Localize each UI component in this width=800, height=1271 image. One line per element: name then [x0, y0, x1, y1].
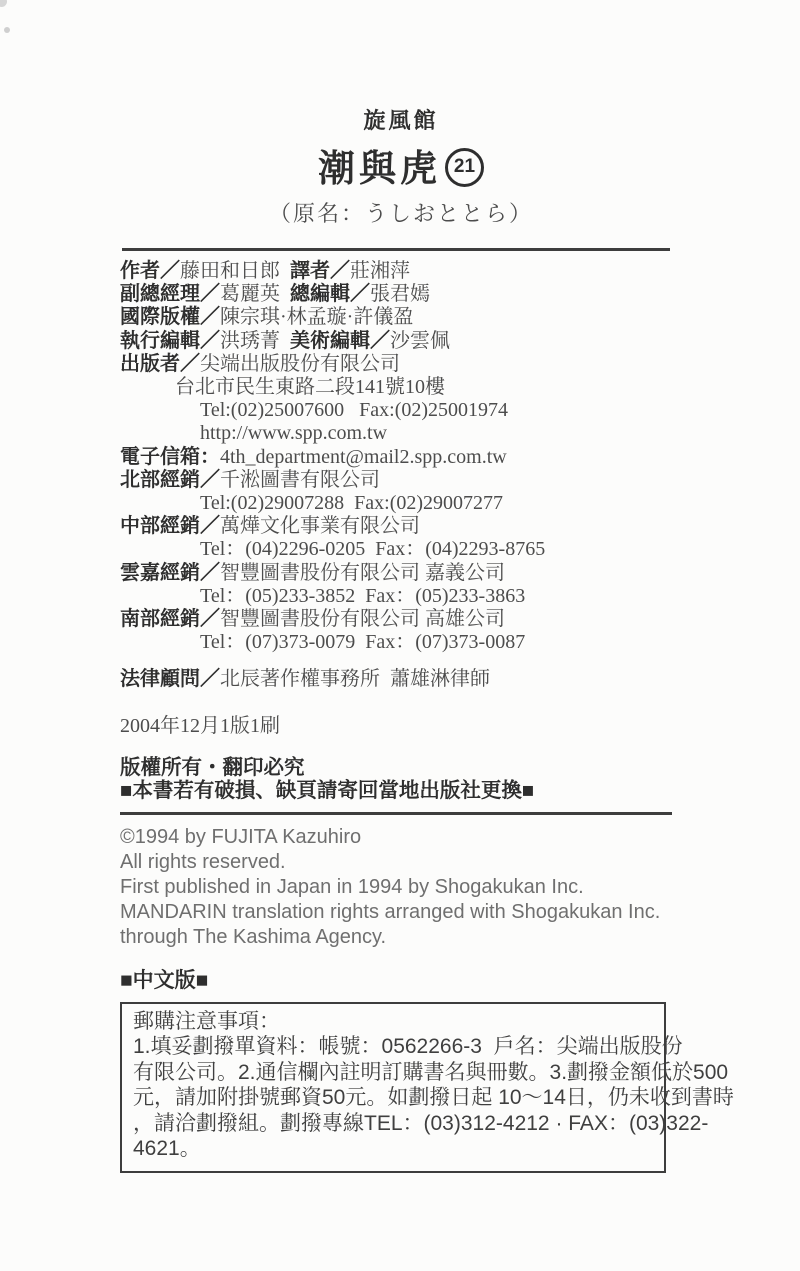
credit-label: 出版者／ — [120, 353, 200, 375]
mail-order-line: 元，請加附掛號郵資50元。如劃撥日起 10～14日，仍未收到書時 — [133, 1085, 653, 1111]
credit-value: 張君嫣 — [370, 283, 430, 305]
legal-advisor-line: 法律顧問／北辰著作權事務所 蕭雄淋律師 — [120, 668, 682, 691]
edition-date: 2004年12月1版1刷 — [120, 709, 682, 738]
credit-label: 作者／ — [120, 260, 180, 282]
colophon-content: 旋風館 潮與虎21 （原名：うしおととら） 作者／藤田和日郎 譯者／莊湘萍副總經… — [120, 0, 682, 1173]
divider-rule — [120, 812, 672, 815]
copyright-notice: 版權所有・翻印必究 ■本書若有破損、缺頁請寄回當地出版社更換■ — [120, 756, 682, 803]
credit-value: 莊湘萍 — [350, 260, 410, 282]
credit-label: 中部經銷／ — [120, 515, 220, 537]
rights-reserved-line: 版權所有・翻印必究 — [120, 756, 682, 780]
credit-label: 國際版權／ — [120, 306, 220, 328]
credit-value: Tel：(07)373-0079 Fax：(07)373-0087 — [200, 631, 525, 653]
credit-line: http://www.spp.com.tw — [120, 422, 682, 445]
credit-label: 美術編輯／ — [290, 330, 390, 352]
credit-value — [280, 260, 290, 282]
divider-rule — [122, 248, 670, 251]
english-copyright-line: through The Kashima Agency. — [120, 925, 682, 950]
credit-value: 4th_department@mail2.spp.com.tw — [220, 446, 507, 468]
credit-label: 總編輯／ — [290, 283, 370, 305]
credit-value: 藤田和日郎 — [180, 260, 280, 282]
credit-line: Tel：(07)373-0079 Fax：(07)373-0087 — [120, 631, 682, 654]
credit-value: Tel:(02)25007600 Fax:(02)25001974 — [200, 399, 508, 421]
credit-line: 國際版權／陳宗琪·林孟璇·許儀盈 — [120, 306, 682, 329]
credit-value: Tel：(05)233-3852 Fax：(05)233-3863 — [200, 585, 525, 607]
mail-order-box: 郵購注意事項：1.填妥劃撥單資料：帳號：0562266-3 戶名：尖端出版股份有… — [120, 1002, 666, 1173]
credit-value: 北辰著作權事務所 蕭雄淋律師 — [220, 668, 490, 690]
credit-line: 台北市民生東路二段141號10樓 — [120, 376, 682, 399]
legal-line: 法律顧問／北辰著作權事務所 蕭雄淋律師 — [120, 668, 682, 691]
chinese-edition-label: ■中文版■ — [120, 964, 682, 994]
volume-badge: 21 — [445, 148, 484, 187]
credit-value: Tel:(02)29007288 Fax:(02)29007277 — [200, 492, 503, 514]
mail-order-line: 4621。 — [133, 1136, 653, 1162]
credit-label: 電子信箱： — [120, 446, 220, 468]
credit-value: 葛麗英 — [220, 283, 280, 305]
credit-value: 沙雲佩 — [390, 330, 450, 352]
credit-value: http://www.spp.com.tw — [200, 422, 387, 444]
credits-list: 作者／藤田和日郎 譯者／莊湘萍副總經理／葛麗英 總編輯／張君嫣國際版權／陳宗琪·… — [120, 260, 682, 654]
scan-speck — [4, 27, 10, 33]
english-copyright-block: ©1994 by FUJITA KazuhiroAll rights reser… — [120, 825, 682, 950]
credit-line: Tel:(02)29007288 Fax:(02)29007277 — [120, 492, 682, 515]
credit-line: 北部經銷／千淞圖書有限公司 — [120, 469, 682, 492]
credit-value: 陳宗琪·林孟璇·許儀盈 — [220, 306, 413, 328]
credit-line: 雲嘉經銷／智豐圖書股份有限公司 嘉義公司 — [120, 562, 682, 585]
colophon-page: 旋風館 潮與虎21 （原名：うしおととら） 作者／藤田和日郎 譯者／莊湘萍副總經… — [0, 0, 800, 1271]
credit-line: Tel：(05)233-3852 Fax：(05)233-3863 — [120, 585, 682, 608]
book-title-text: 潮與虎 — [318, 148, 441, 189]
english-copyright-line: ©1994 by FUJITA Kazuhiro — [120, 825, 682, 850]
volume-number: 21 — [454, 156, 475, 178]
scan-speck — [0, 0, 7, 7]
credit-line: 副總經理／葛麗英 總編輯／張君嫣 — [120, 283, 682, 306]
credit-value: 千淞圖書有限公司 — [220, 469, 380, 491]
credit-line: 執行編輯／洪琇菁 美術編輯／沙雲佩 — [120, 330, 682, 353]
credit-line: Tel：(04)2296-0205 Fax：(04)2293-8765 — [120, 538, 682, 561]
credit-value — [280, 283, 290, 305]
credit-value: 台北市民生東路二段141號10樓 — [175, 376, 445, 398]
original-title: （原名：うしおととら） — [120, 197, 682, 228]
credit-label: 南部經銷／ — [120, 608, 220, 630]
credit-value: 洪琇菁 — [220, 330, 280, 352]
mail-order-line: ，請洽劃撥組。劃撥專線TEL：(03)312-4212 · FAX：(03)32… — [133, 1111, 653, 1137]
credit-value: 尖端出版股份有限公司 — [200, 353, 400, 375]
english-copyright-line: First published in Japan in 1994 by Shog… — [120, 875, 682, 900]
credit-line: 中部經銷／萬燁文化事業有限公司 — [120, 515, 682, 538]
credit-label: 副總經理／ — [120, 283, 220, 305]
credit-line: 南部經銷／智豐圖書股份有限公司 高雄公司 — [120, 608, 682, 631]
credit-value: 智豐圖書股份有限公司 高雄公司 — [220, 608, 505, 630]
mail-order-line: 有限公司。2.通信欄內註明訂購書名與冊數。3.劃撥金額低於500 — [133, 1060, 653, 1086]
credit-value: Tel：(04)2296-0205 Fax：(04)2293-8765 — [200, 538, 545, 560]
credit-line: 作者／藤田和日郎 譯者／莊湘萍 — [120, 260, 682, 283]
credit-line: 出版者／尖端出版股份有限公司 — [120, 353, 682, 376]
mail-order-line: 郵購注意事項： — [133, 1009, 653, 1035]
imprint-label: 旋風館 — [120, 104, 682, 135]
credit-value: 萬燁文化事業有限公司 — [220, 515, 420, 537]
book-title: 潮與虎21 — [120, 138, 682, 192]
credit-label: 譯者／ — [290, 260, 350, 282]
credit-label: 北部經銷／ — [120, 469, 220, 491]
credit-label: 執行編輯／ — [120, 330, 220, 352]
mail-order-line: 1.填妥劃撥單資料：帳號：0562266-3 戶名：尖端出版股份 — [133, 1034, 653, 1060]
credit-label: 法律顧問／ — [120, 668, 220, 690]
credit-line: 電子信箱：4th_department@mail2.spp.com.tw — [120, 446, 682, 469]
english-copyright-line: MANDARIN translation rights arranged wit… — [120, 900, 682, 925]
credit-label: 雲嘉經銷／ — [120, 562, 220, 584]
credit-value: 智豐圖書股份有限公司 嘉義公司 — [220, 562, 505, 584]
english-copyright-line: All rights reserved. — [120, 850, 682, 875]
damage-replacement-line: ■本書若有破損、缺頁請寄回當地出版社更換■ — [120, 779, 682, 803]
credit-line: Tel:(02)25007600 Fax:(02)25001974 — [120, 399, 682, 422]
credit-value — [280, 330, 290, 352]
masthead: 旋風館 潮與虎21 （原名：うしおととら） — [120, 0, 682, 228]
